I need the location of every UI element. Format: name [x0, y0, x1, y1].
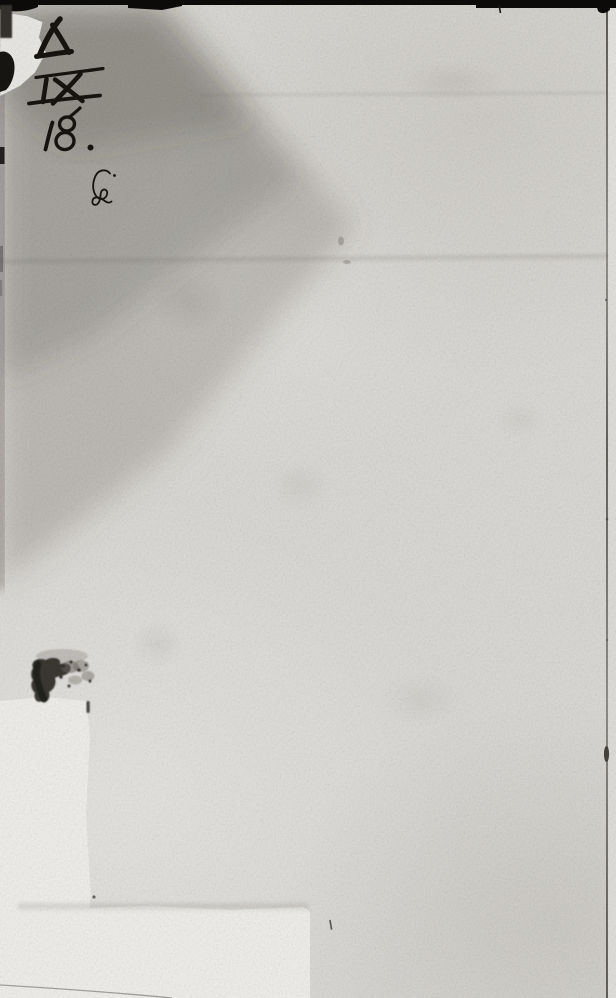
left-edge-tick [0, 147, 5, 164]
left-edge-speck-2 [0, 280, 2, 296]
right-edge-nick-3 [606, 639, 608, 641]
crease-fleck [343, 260, 351, 264]
ink-blot-drip [87, 701, 90, 713]
backing-speck [92, 895, 95, 898]
right-edge-nick-1 [605, 299, 607, 301]
right-edge-nick-2 [606, 518, 609, 521]
handwriting-and-marks-layer [0, 0, 616, 998]
scanned-page: Δ IX 18. G. [0, 0, 616, 998]
ink-blot-wash-4 [68, 676, 82, 685]
ink-blot [31, 649, 94, 713]
triangle-mark [37, 19, 72, 57]
number-18 [46, 108, 94, 151]
left-edge-black-blob [0, 51, 15, 92]
bottom-tick-mark [330, 921, 332, 930]
number-18-dot [88, 145, 94, 151]
initial-g-dot [113, 174, 116, 177]
top-bar-notch [128, 0, 182, 10]
left-edge-dark-patch [0, 5, 12, 38]
initial-g [92, 170, 116, 205]
top-bar-right-thick [476, 0, 616, 8]
left-edge-speck-1 [0, 246, 3, 272]
ink-blot-wash-3 [82, 671, 95, 681]
center-smudge [338, 237, 344, 246]
right-edge-blot [604, 746, 609, 762]
bottom-left-hairline [0, 985, 172, 998]
top-bar-corner-blob [595, 0, 610, 13]
roman-numeral-ix-struck [29, 69, 103, 104]
handwritten-shelfmark [29, 19, 116, 205]
